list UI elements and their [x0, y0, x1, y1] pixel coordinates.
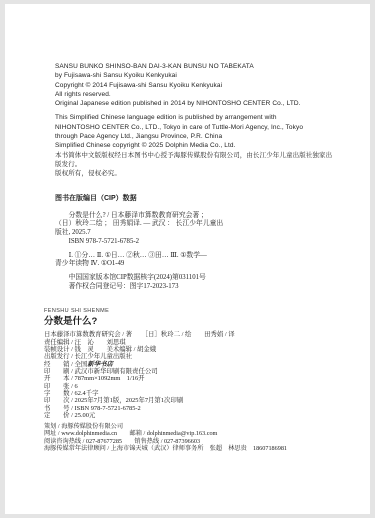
- copyright-line: All rights reserved.: [55, 90, 335, 99]
- row-value: 25.00元: [75, 412, 96, 419]
- cip-line: （日）秋玲二绘 ； 田秀娟译. — 武汉 ： 长江少年儿童出: [55, 220, 330, 229]
- colophon-row: 经 销 / 全国新华书店: [44, 361, 344, 368]
- cip-classification: Ⅰ. ①分… Ⅱ. ①日… ②秋… ③田… Ⅲ. ①数学—青少年读物 Ⅳ. ①O…: [55, 252, 330, 269]
- copyright-line: through Pace Agency Ltd., Jiangsu Provin…: [55, 132, 335, 141]
- colophon-row: 开 本 / 787mm×1092mm 1/16开: [44, 375, 344, 382]
- original-edition-paragraph: SANSU BUNKO SHINSO-BAN DAI-3-KAN BUNSU N…: [55, 62, 335, 108]
- row-label: 书 号: [44, 405, 70, 412]
- row-label: 印 张: [44, 383, 70, 390]
- row-label: 出版发行: [44, 353, 70, 360]
- copyright-line: SANSU BUNKO SHINSO-BAN DAI-3-KAN BUNSU N…: [55, 62, 335, 71]
- cip-line: Ⅰ. ①分… Ⅱ. ①日… ②秋… ③田… Ⅲ. ①数学—: [55, 252, 330, 261]
- book-copyright-page: SANSU BUNKO SHINSO-BAN DAI-3-KAN BUNSU N…: [5, 4, 370, 514]
- row-value: 全国: [75, 361, 88, 368]
- colophon-row: 定 价 / 25.00元: [44, 412, 344, 419]
- editor-lines: 责任编辑 / 汪 沁 刘思琪装帧设计 / 钱 灵 美术编辑 / 胡金娥: [44, 339, 344, 354]
- english-copyright-block: SANSU BUNKO SHINSO-BAN DAI-3-KAN BUNSU N…: [55, 62, 335, 179]
- row-label: 印 刷: [44, 368, 70, 375]
- row-label: 印 次: [44, 397, 70, 404]
- row-label: 定 价: [44, 412, 70, 419]
- row-value: 787mm×1092mm 1/16开: [75, 375, 145, 382]
- cip-line: 青少年读物 Ⅳ. ①O1-49: [55, 260, 330, 269]
- row-value: 武汉市新华印刷有限责任公司: [75, 368, 158, 375]
- colophon-block: FENSHU SHI SHENME 分数是什么? 日本藤泽市算数教育研究会 / …: [44, 308, 344, 419]
- colophon-row: 出版发行 / 长江少年儿童出版社: [44, 353, 344, 360]
- cip-block: 图书在版编目（CIP）数据 分数是什么? / 日本藤泽市算数教育研究会著 ；（日…: [55, 195, 330, 296]
- copyright-line: Original Japanese edition published in 2…: [55, 99, 335, 108]
- row-value: 6: [75, 383, 78, 390]
- row-value: 2025年7月第1版，2025年7月第1次印刷: [75, 397, 184, 404]
- copyright-line: Simplified Chinese copyright © 2025 Dolp…: [55, 141, 335, 150]
- copyright-line: NIHONTOSHO CENTER Co., LTD., Tokyo in ca…: [55, 123, 335, 132]
- credits-line: 日本藤泽市算数教育研究会 / 著 ［日］秋玲二 / 绘 田秀娟 / 译: [44, 331, 344, 338]
- cip-registry: 中国国家版本馆CIP数据核字(2024)第031101号 著作权合同登记号：图字…: [55, 274, 330, 291]
- cip-line: 中国国家版本馆CIP数据核字(2024)第031101号: [55, 274, 330, 283]
- row-label: 开 本: [44, 375, 70, 382]
- copyright-line: This Simplified Chinese language edition…: [55, 113, 335, 122]
- contact-line: 网址 / www.dolphinmedia.cn 邮箱 / dolphinmed…: [44, 430, 354, 437]
- copyright-line: 本书简体中文版版权经日本图书中心授予海豚传媒股份有限公司，由长江少年儿童出版社独…: [55, 151, 335, 170]
- copyright-line: 版权所有，侵权必究。: [55, 169, 335, 178]
- cip-line: 著作权合同登记号：图字17-2023-173: [55, 283, 330, 292]
- cip-line: 版社, 2025.7: [55, 229, 330, 238]
- book-title: 分数是什么?: [44, 316, 344, 327]
- row-value: ISBN 978-7-5721-6785-2: [75, 405, 141, 412]
- chinese-edition-paragraph: This Simplified Chinese language edition…: [55, 113, 335, 178]
- colophon-row: 印 次 / 2025年7月第1版，2025年7月第1次印刷: [44, 397, 344, 404]
- contact-line: 海豚传媒常年法律顾问 / 上海市锦天城（武汉）律师事务所 张超 林思贵 1860…: [44, 445, 354, 452]
- row-value-italic: 新华书店: [87, 361, 113, 368]
- cip-description: 分数是什么? / 日本藤泽市算数教育研究会著 ；（日）秋玲二绘 ； 田秀娟译. …: [55, 212, 330, 247]
- publisher-contact-block: 策划 / 海豚传媒股份有限公司网址 / www.dolphinmedia.cn …: [44, 423, 354, 453]
- title-pinyin: FENSHU SHI SHENME: [44, 308, 344, 315]
- publication-rows: 出版发行 / 长江少年儿童出版社经 销 / 全国新华书店印 刷 / 武汉市新华印…: [44, 353, 344, 419]
- copyright-line: by Fujisawa-shi Sansu Kyoiku Kenkyukai: [55, 71, 335, 80]
- cip-line: ISBN 978-7-5721-6785-2: [55, 238, 330, 247]
- cip-header: 图书在版编目（CIP）数据: [55, 195, 330, 204]
- row-value: 长江少年儿童出版社: [75, 353, 133, 360]
- editor-line: 责任编辑 / 汪 沁 刘思琪: [44, 339, 344, 346]
- copyright-line: Copyright © 2014 Fujisawa-shi Sansu Kyoi…: [55, 81, 335, 90]
- colophon-row: 印 张 / 6: [44, 383, 344, 390]
- row-label: 经 销: [44, 361, 70, 368]
